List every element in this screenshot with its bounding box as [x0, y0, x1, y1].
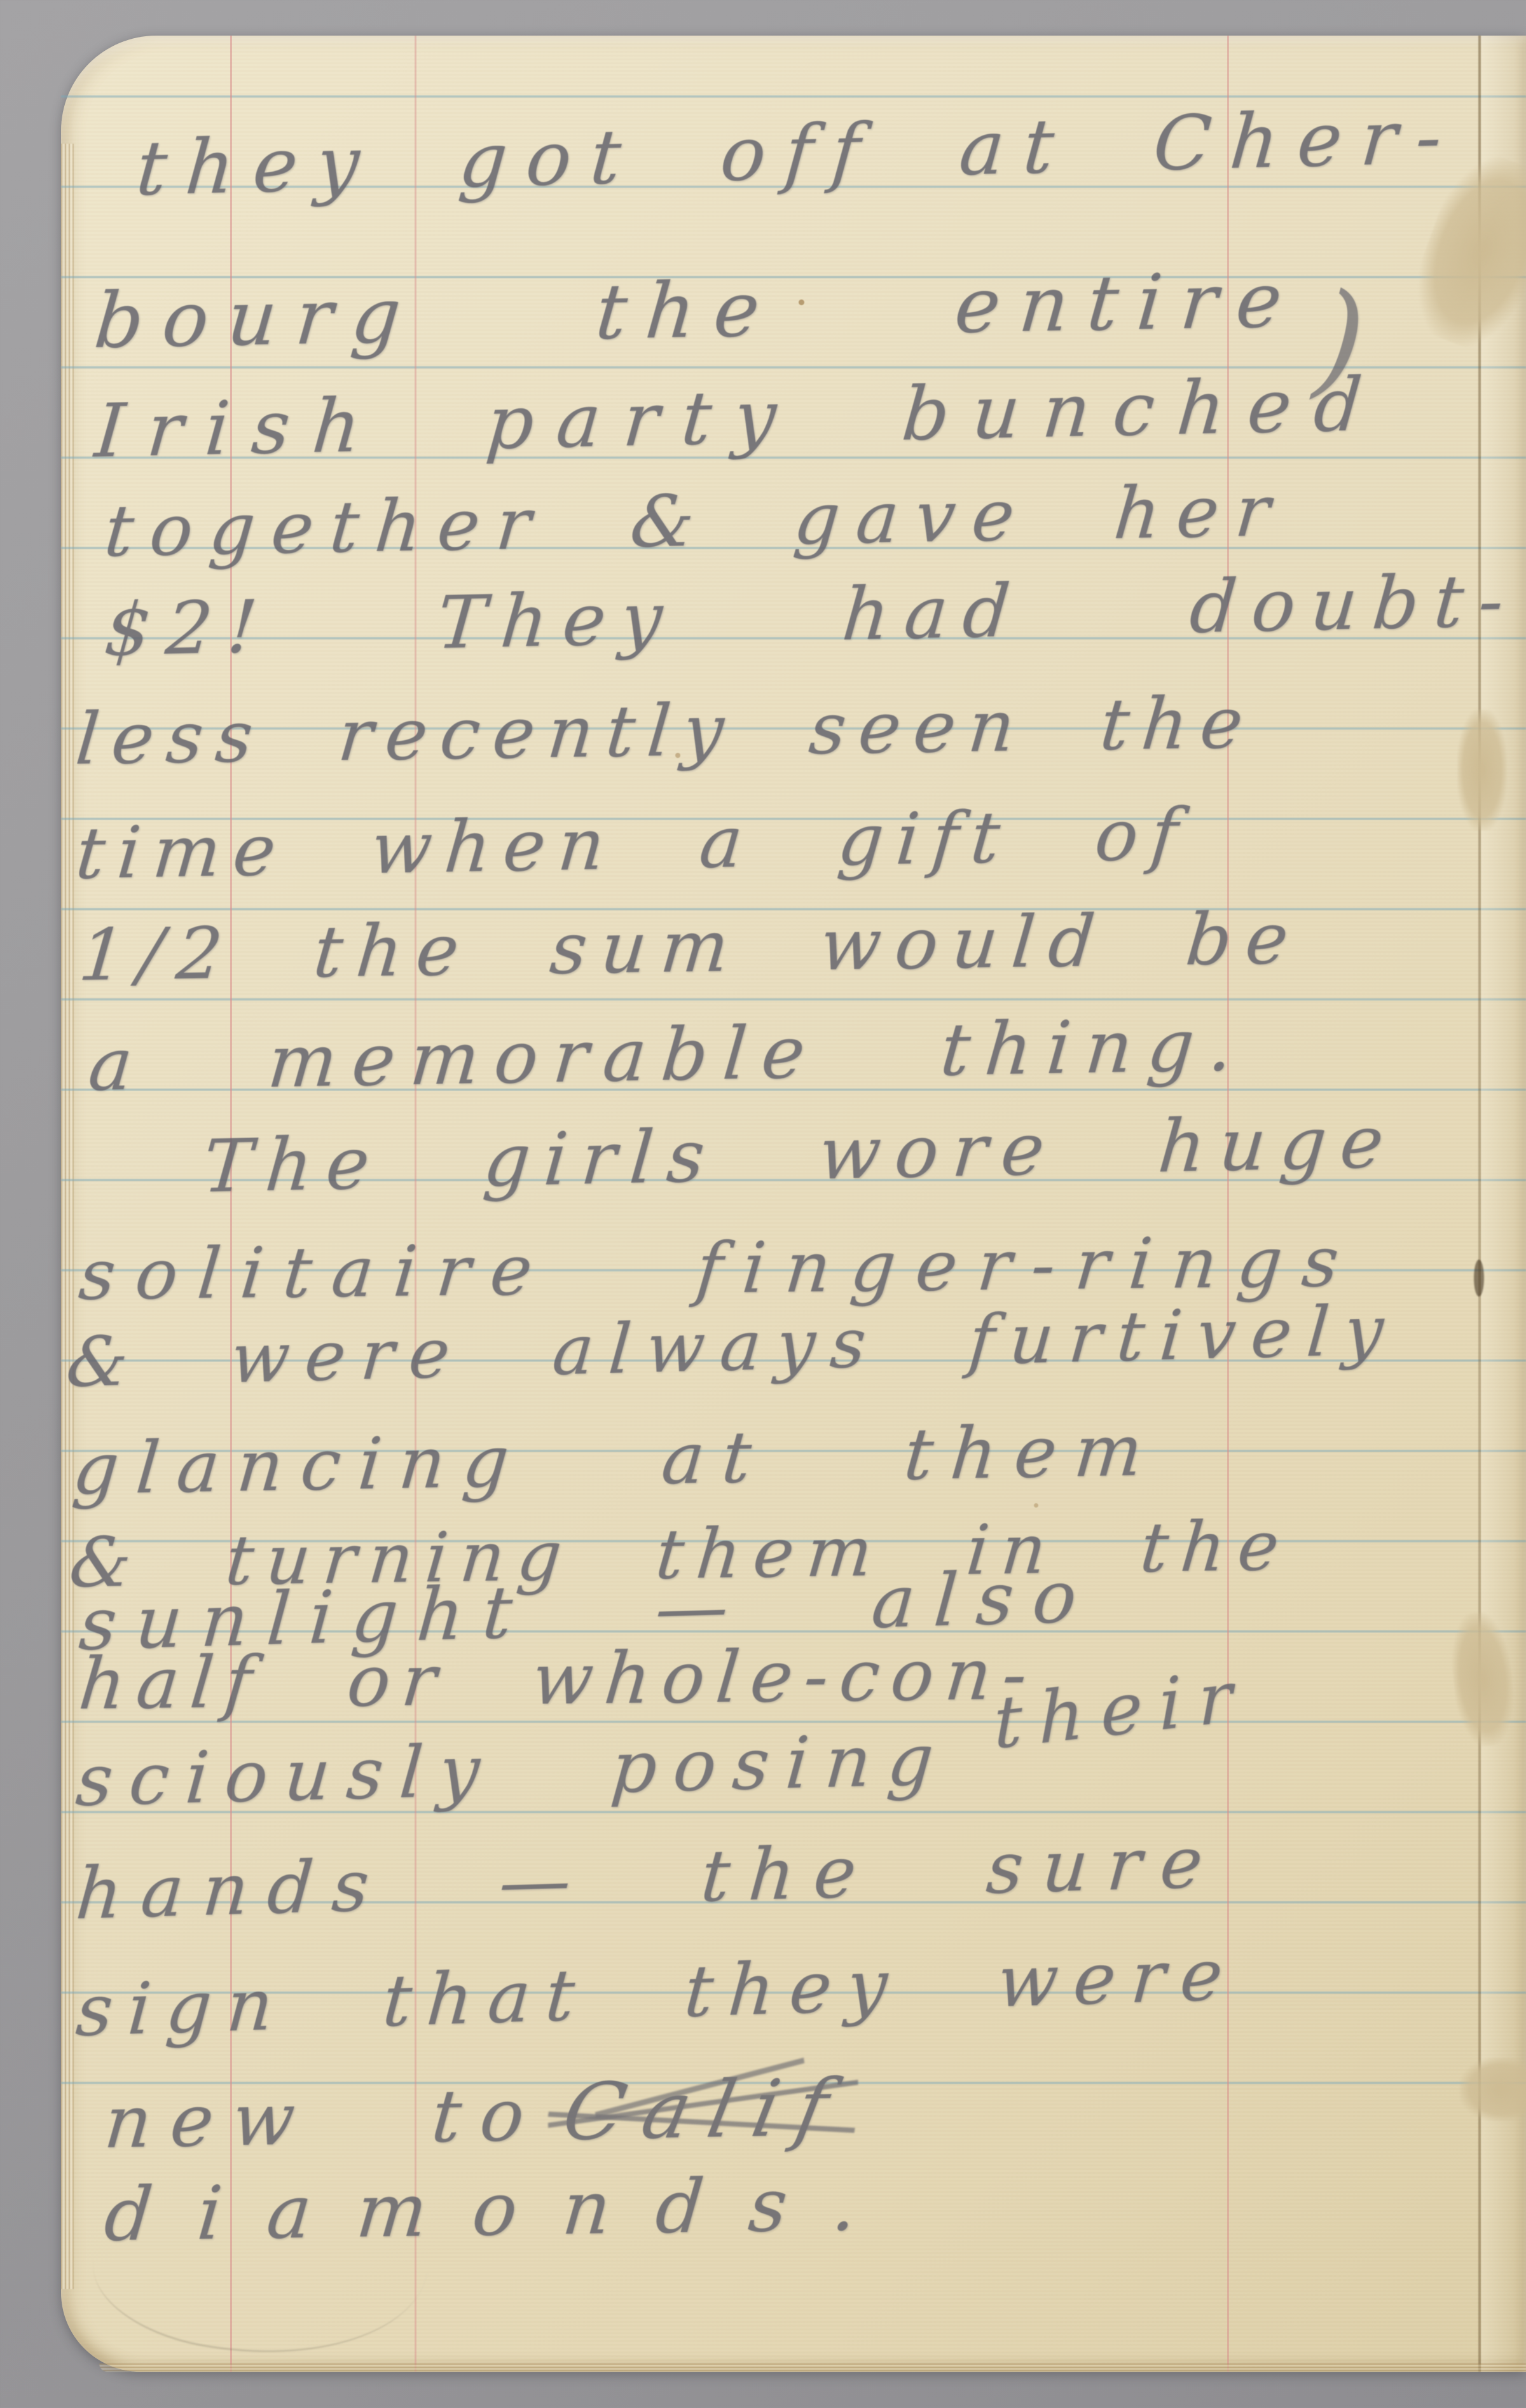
- torn-paper-fragment: [1460, 2058, 1526, 2121]
- handwritten-line: half or whole-con-: [79, 1633, 1038, 1726]
- struck-word: Calif: [561, 2063, 849, 2159]
- handwritten-line: less recently seen the: [76, 682, 1256, 781]
- torn-paper-fragment: [1457, 710, 1507, 830]
- adjacent-page-sliver: [1481, 36, 1526, 2372]
- handwritten-line: 1/2 the sum would be: [79, 897, 1302, 997]
- handwritten-line: diamonds.: [104, 2161, 902, 2258]
- binding-crease: [1478, 36, 1481, 2372]
- paper-speckle: [1034, 1503, 1038, 1508]
- paper-tear-hole: [1474, 1260, 1484, 1297]
- notebook-page: they got off at Cher- bourg the entire) …: [61, 36, 1526, 2372]
- scan-background: they got off at Cher- bourg the entire) …: [0, 0, 1526, 2408]
- handwritten-line: new toCalif: [104, 2063, 846, 2166]
